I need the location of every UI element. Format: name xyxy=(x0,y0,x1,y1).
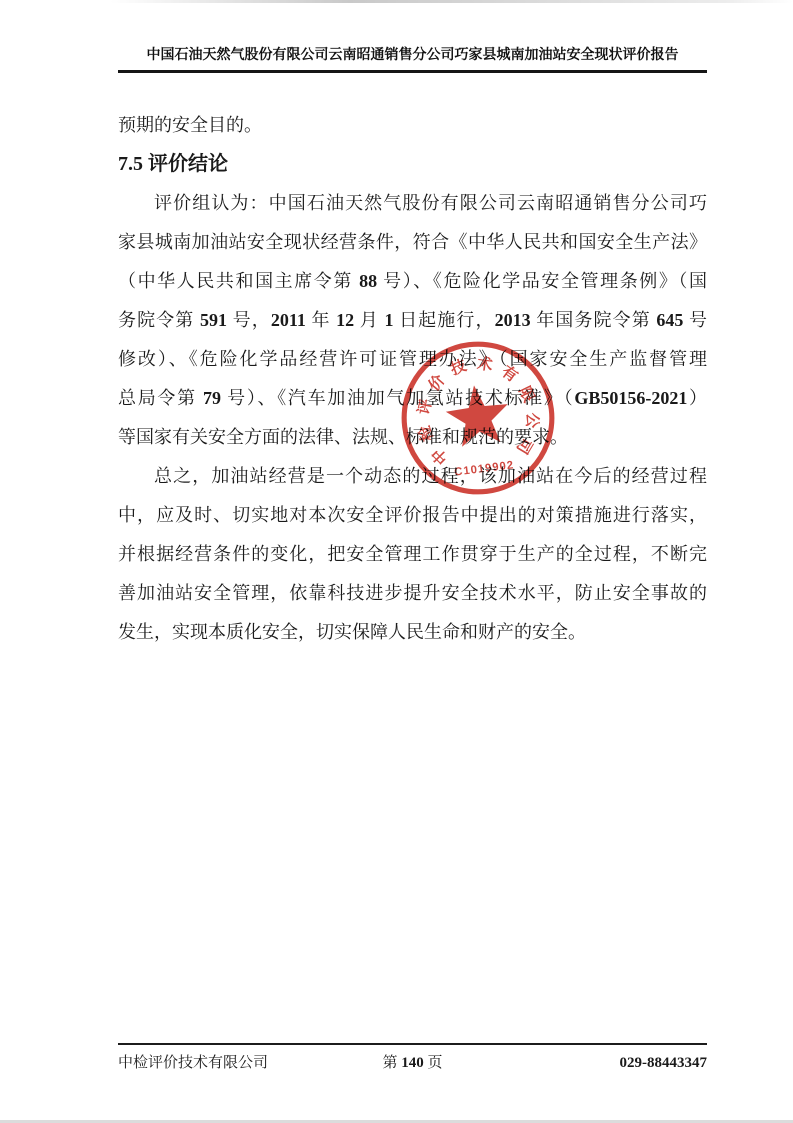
footer-page-number: 第 140 页 xyxy=(314,1051,510,1072)
page-header-title: 中国石油天然气股份有限公司云南昭通销售分公司巧家县城南加油站安全现状评价报告 xyxy=(118,44,707,64)
footer-company: 中检评价技术有限公司 xyxy=(118,1051,314,1072)
header-rule xyxy=(118,70,707,73)
paragraph1-line: 家县城南加油站安全现状经营条件，符合《中华人民共和国安全生产法》 xyxy=(118,223,707,262)
paragraph1-line: （中华人民共和国主席令第 88 号）、《危险化学品安全管理条例》（国 xyxy=(118,262,707,301)
paragraph2-line: 发生，实现本质化安全，切实保障人民生命和财产的安全。 xyxy=(118,613,707,652)
footer-rule xyxy=(118,1043,707,1045)
paragraph2-line: 总之，加油站经营是一个动态的过程，该加油站在今后的经营过程 xyxy=(118,457,707,496)
report-page: 中国石油天然气股份有限公司云南昭通销售分公司巧家县城南加油站安全现状评价报告 预… xyxy=(0,0,793,1123)
paragraph2-line: 并根据经营条件的变化，把安全管理工作贯穿于生产的全过程，不断完 xyxy=(118,535,707,574)
footer-phone: 029-88443347 xyxy=(511,1055,707,1072)
scan-artifact-top xyxy=(110,0,793,3)
page-footer: 中检评价技术有限公司 第 140 页 029-88443347 xyxy=(118,1051,707,1072)
paragraph2-line: 善加油站安全管理，依靠科技进步提升安全技术水平，防止安全事故的 xyxy=(118,574,707,613)
paragraph2-line: 中，应及时、切实地对本次安全评价报告中提出的对策措施进行落实， xyxy=(118,496,707,535)
paragraph1-line: 总局令第 79 号）、《汽车加油加气加氢站技术标准》（GB50156-2021） xyxy=(118,379,707,418)
section-heading: 7.5 评价结论 xyxy=(118,145,707,184)
paragraph1-line: 务院令第 591 号，2011 年 12 月 1 日起施行，2013 年国务院令… xyxy=(118,301,707,340)
paragraph1-line: 评价组认为：中国石油天然气股份有限公司云南昭通销售分公司巧 xyxy=(118,184,707,223)
paragraph1-line: 修改）、《危险化学品经营许可证管理办法》（国家安全生产监督管理 xyxy=(118,340,707,379)
paragraph1-line: 等国家有关安全方面的法律、法规、标准和规范的要求。 xyxy=(118,418,707,457)
report-body: 预期的安全目的。 7.5 评价结论 评价组认为：中国石油天然气股份有限公司云南昭… xyxy=(118,106,707,652)
body-line-intro: 预期的安全目的。 xyxy=(118,106,707,145)
